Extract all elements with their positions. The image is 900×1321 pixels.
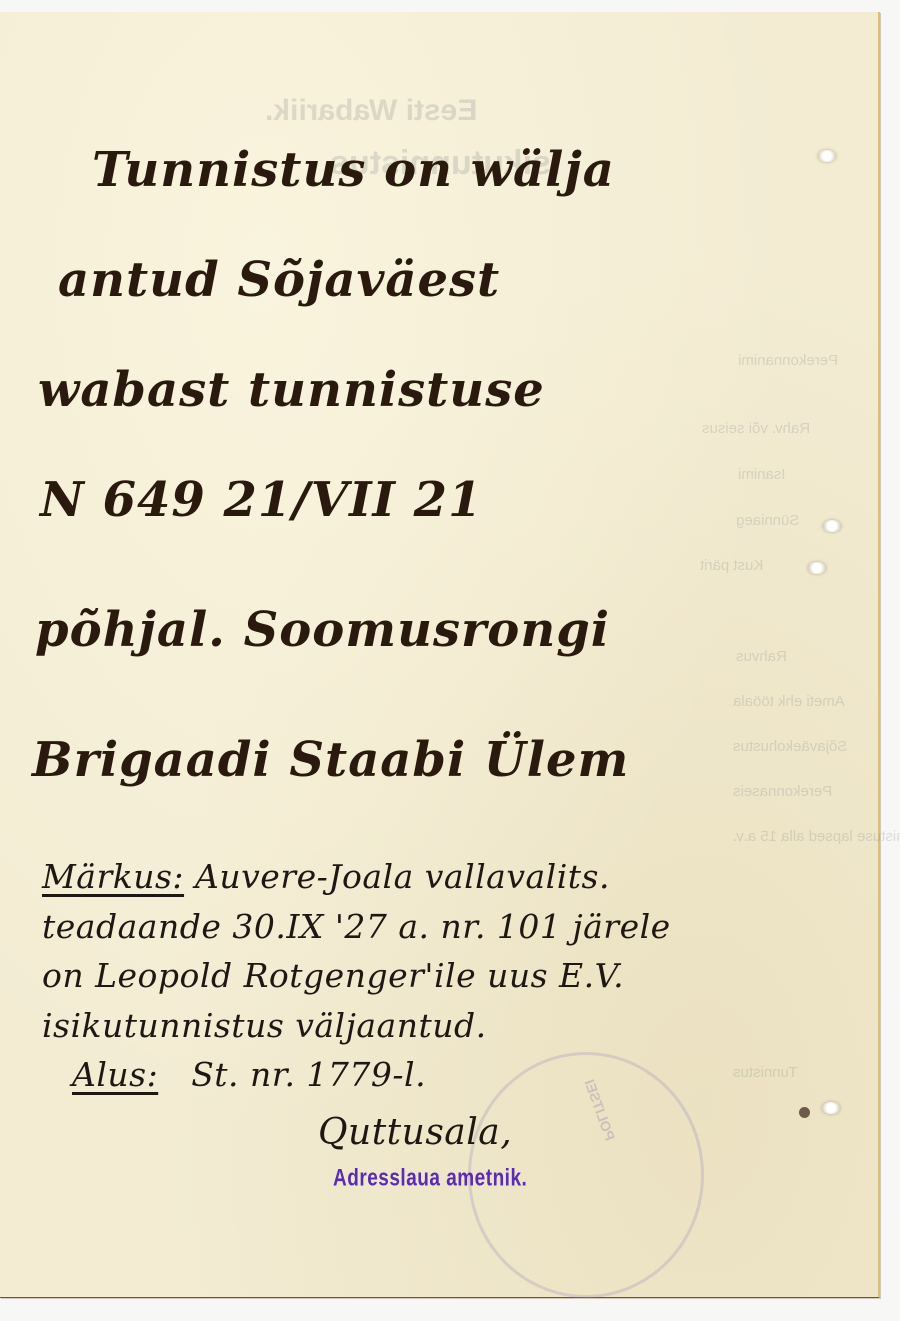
note-text: Auvere-Joala vallavalits. bbox=[195, 857, 610, 896]
endorsement-line: wabast tunnistuse bbox=[38, 362, 545, 418]
ghost-label: Tunnistuse lapsed alla 15 a.v. bbox=[733, 828, 900, 845]
endorsement-line: antud Sõjaväest bbox=[58, 252, 500, 308]
ghost-label: Sünniaeg bbox=[736, 512, 799, 529]
ghost-label: Rahvus bbox=[736, 648, 787, 665]
note-line: on Leopold Rotgenger'ile uus E.V. bbox=[42, 956, 624, 995]
endorsement-line: Brigaadi Staabi Ülem bbox=[32, 732, 629, 788]
ghost-label: Rahv. või seisus bbox=[702, 420, 810, 437]
binding-hole bbox=[823, 520, 841, 532]
ghost-title: Eesti Wabariik. bbox=[265, 94, 477, 128]
ghost-label: Perekonnaseis bbox=[733, 783, 832, 800]
binding-hole bbox=[818, 150, 836, 162]
note-line: teadaande 30.IX '27 a. nr. 101 järele bbox=[42, 907, 671, 946]
ghost-label: Isanimi bbox=[738, 466, 786, 483]
basis-line: Alus: St. nr. 1779-l. bbox=[72, 1055, 426, 1094]
ghost-label: Sõjaväekohustus bbox=[733, 738, 847, 755]
ghost-label: Perekonnanimi bbox=[738, 352, 838, 369]
document-page: Eesti Wabariik. Isikutunnistus Perekonna… bbox=[0, 12, 880, 1298]
note-line: isikutunnistus väljaantud. bbox=[42, 1006, 487, 1045]
official-stamp: Adresslaua ametnik. bbox=[333, 1165, 527, 1193]
endorsement-line: põhjal. Soomusrongi bbox=[35, 602, 610, 658]
basis-label: Alus: bbox=[72, 1055, 158, 1094]
signature: Quttusala, bbox=[318, 1112, 512, 1153]
endorsement-line: N 649 21/VII 21 bbox=[40, 472, 482, 528]
ghost-label: Kust pärit bbox=[700, 557, 763, 574]
note-line-1: Märkus: Auvere-Joala vallavalits. bbox=[42, 857, 610, 896]
endorsement-line: Tunnistus on wälja bbox=[92, 142, 615, 198]
ghost-label: Tunnistus bbox=[733, 1064, 797, 1081]
ghost-label: Ameti ehk tööala bbox=[733, 693, 845, 710]
basis-value: St. nr. 1779-l. bbox=[191, 1055, 426, 1094]
binding-hole bbox=[822, 1102, 840, 1114]
rust-spot bbox=[799, 1107, 810, 1118]
note-label: Märkus: bbox=[42, 857, 184, 896]
binding-hole bbox=[808, 562, 826, 574]
